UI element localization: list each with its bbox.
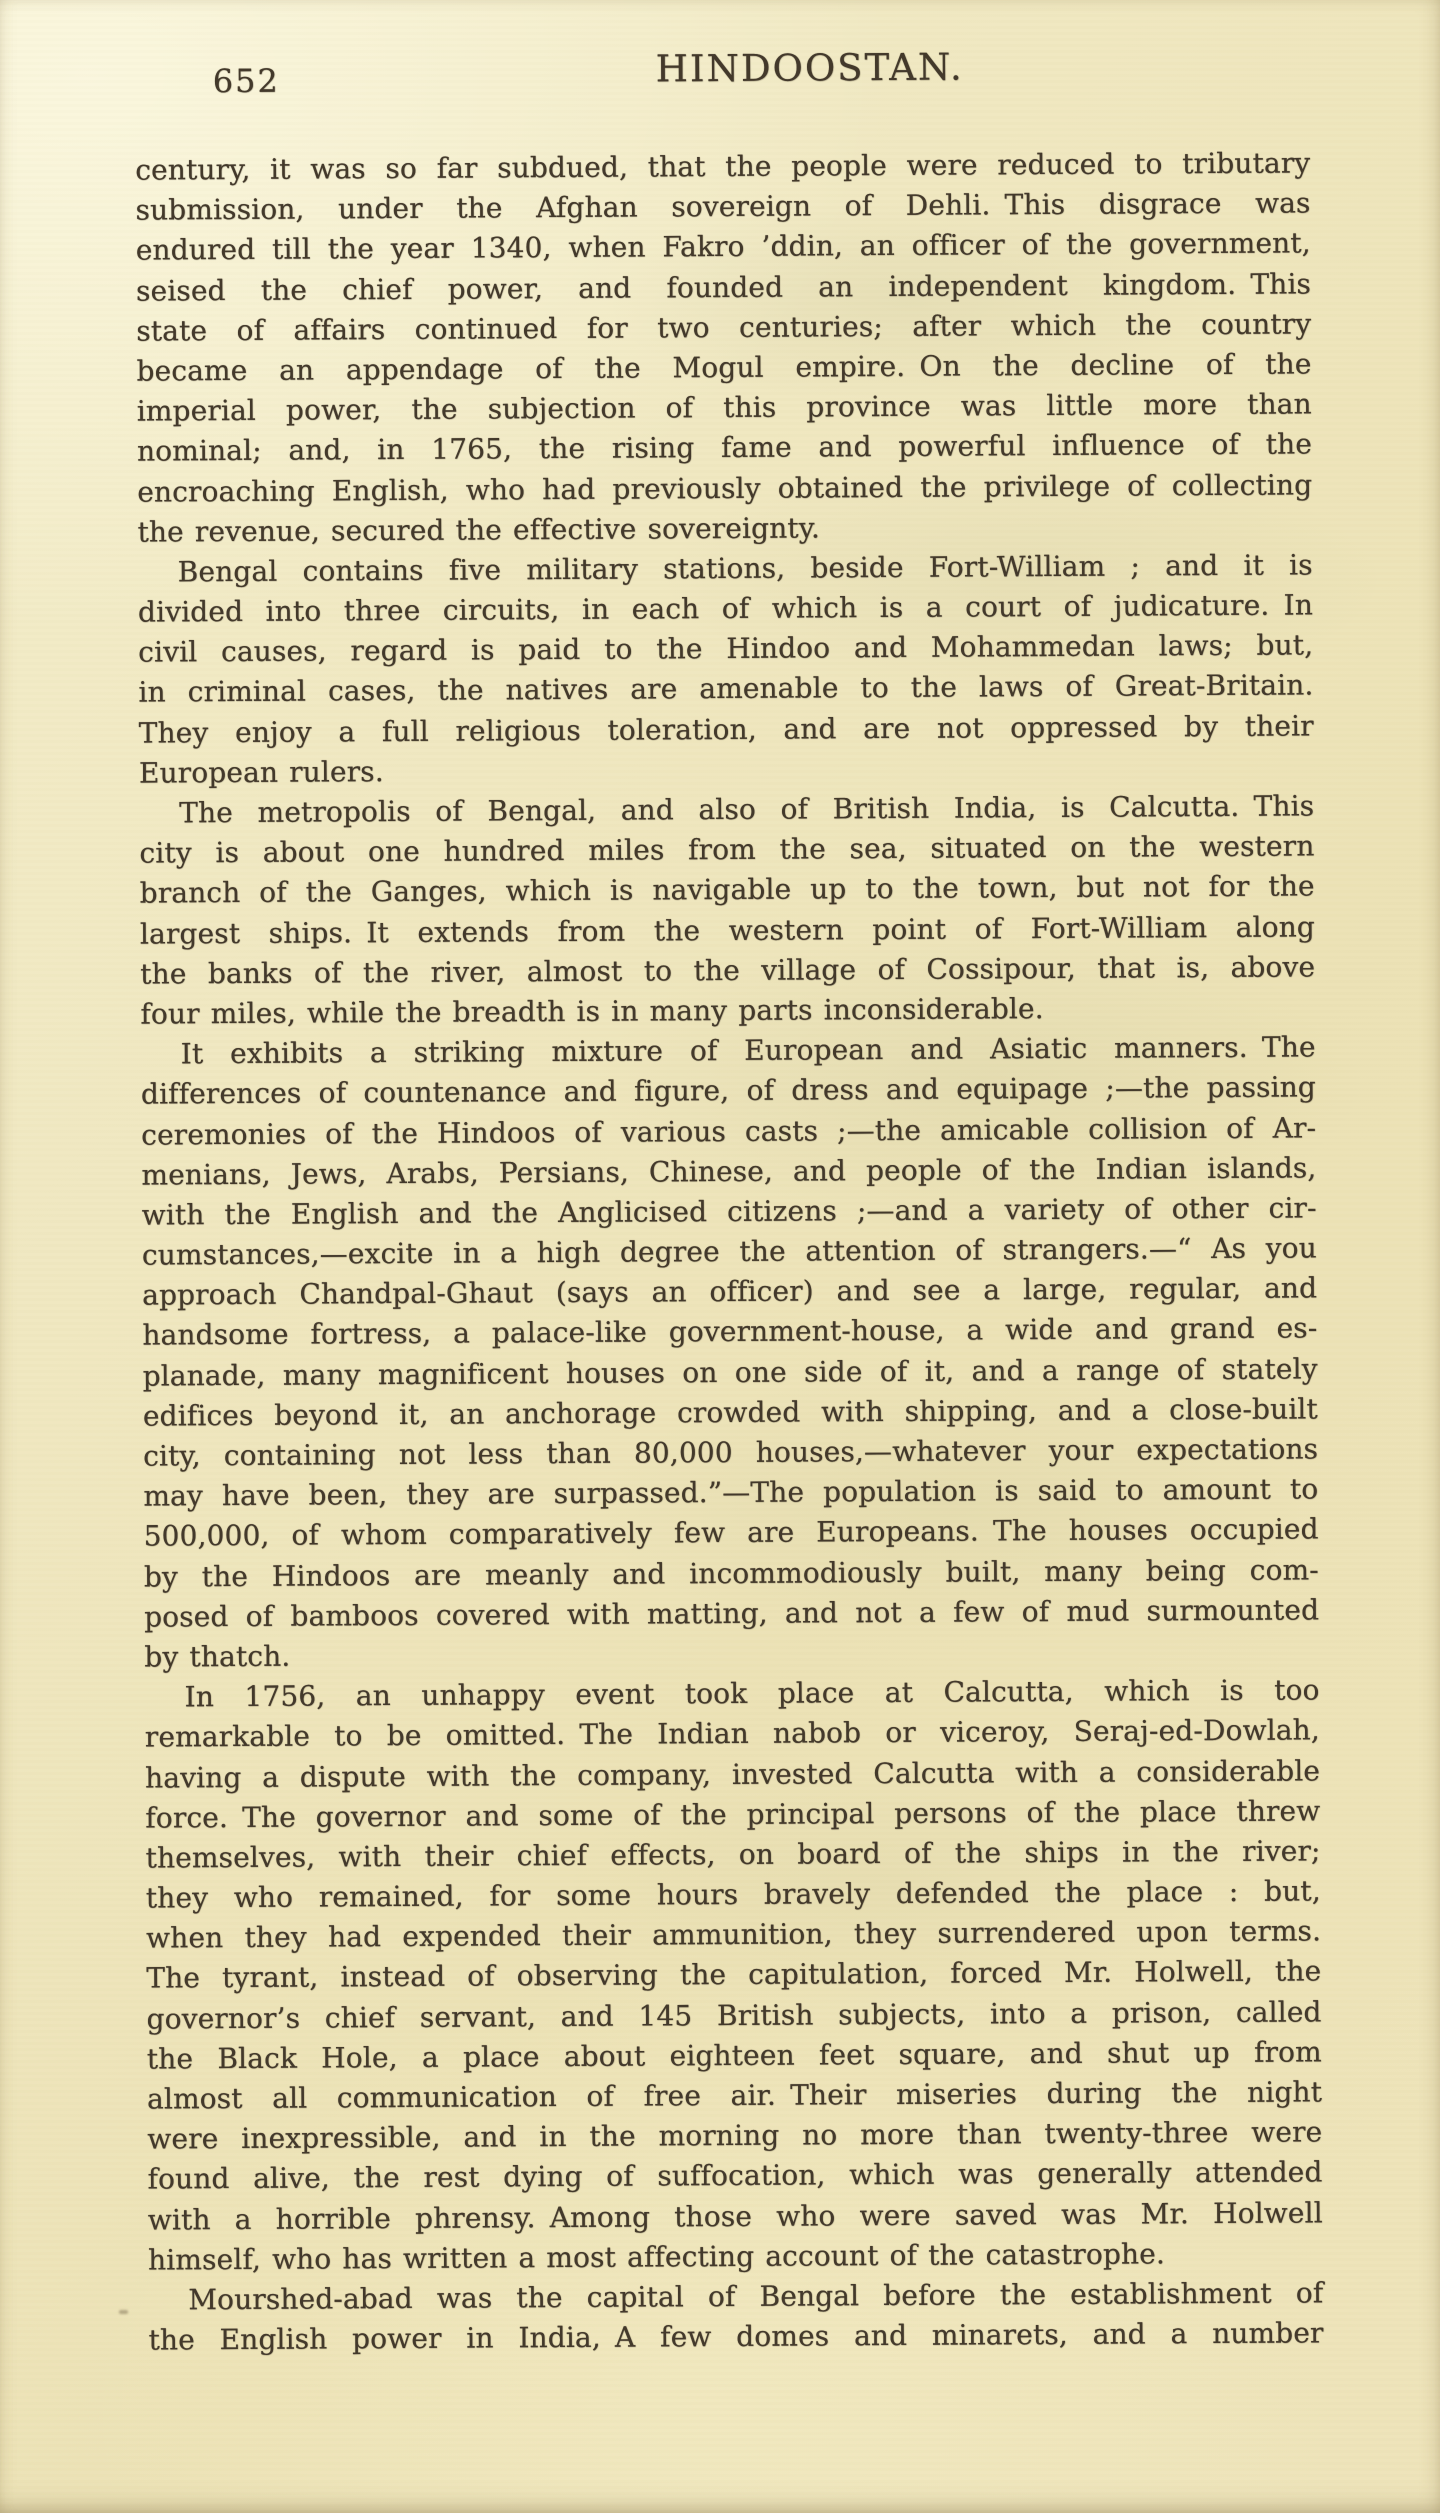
text-line: the banks of the river, almost to the vi… xyxy=(140,947,1315,994)
paragraph: century, it was so far subdued, that the… xyxy=(135,143,1312,552)
text-line: ceremonies of the Hindoos of various cas… xyxy=(141,1108,1316,1155)
text-line: Mourshed-abad was the capital of Bengal … xyxy=(148,2273,1323,2320)
text-line: remarkable to be omitted. The Indian nab… xyxy=(145,1711,1320,1758)
text-line: became an appendage of the Mogul empire.… xyxy=(136,344,1311,391)
text-body: century, it was so far subdued, that the… xyxy=(135,143,1323,2360)
text-line: they who remained, for some hours bravel… xyxy=(146,1871,1321,1918)
ink-speck xyxy=(119,2310,128,2314)
paragraph: In 1756, an unhappy event took place at … xyxy=(145,1671,1324,2281)
text-line: were inexpressible, and in the morning n… xyxy=(147,2113,1322,2160)
text-line: encroaching English, who had previously … xyxy=(137,465,1312,512)
text-line: when they had expended their ammunition,… xyxy=(146,1912,1321,1959)
text-line: nominal; and, in 1765, the rising fame a… xyxy=(137,425,1312,472)
paragraph: Mourshed-abad was the capital of Bengal … xyxy=(148,2273,1323,2361)
text-line: the English power in India, A few domes … xyxy=(148,2313,1323,2360)
text-line: almost all communication of free air. Th… xyxy=(147,2072,1322,2119)
text-line: The tyrant, instead of observing the cap… xyxy=(146,1952,1321,1999)
text-line: menians, Jews, Arabs, Persians, Chinese,… xyxy=(141,1148,1316,1195)
text-line: the Black Hole, a place about eighteen f… xyxy=(147,2032,1322,2079)
text-line: branch of the Ganges, which is navigable… xyxy=(140,867,1315,914)
text-line: the revenue, secured the effective sover… xyxy=(137,505,1312,552)
text-line: civil causes, regard is paid to the Hind… xyxy=(138,626,1313,673)
text-line: They enjoy a full religious toleration, … xyxy=(139,706,1314,753)
text-line: seised the chief power, and founded an i… xyxy=(136,264,1311,311)
text-line: planade, many magnificent houses on one … xyxy=(143,1349,1318,1396)
text-line: four miles, while the breadth is in many… xyxy=(140,987,1315,1034)
text-line: submission, under the Afghan sovereign o… xyxy=(135,184,1310,231)
text-line: with the English and the Anglicised citi… xyxy=(142,1188,1317,1235)
text-line: in criminal cases, the natives are amena… xyxy=(138,666,1313,713)
text-line: cumstances,—excite in a high degree the … xyxy=(142,1228,1317,1275)
text-line: themselves, with their chief effects, on… xyxy=(145,1831,1320,1878)
text-line: with a horrible phrensy. Among those who… xyxy=(148,2193,1323,2240)
text-line: edifices beyond it, an anchorage crowded… xyxy=(143,1389,1318,1436)
page-number: 652 xyxy=(213,65,280,97)
text-line: force. The governor and some of the prin… xyxy=(145,1791,1320,1838)
text-line: It exhibits a striking mixture of Europe… xyxy=(141,1028,1316,1075)
text-line: handsome fortress, a palace-like governm… xyxy=(142,1309,1317,1356)
text-line: differences of countenance and figure, o… xyxy=(141,1068,1316,1115)
text-line: city, containing not less than 80,000 ho… xyxy=(143,1429,1318,1476)
text-line: endured till the year 1340, when Fakro ’… xyxy=(136,224,1311,271)
text-line: century, it was so far subdued, that the… xyxy=(135,143,1310,190)
page-header: 652 HINDOOSTAN. xyxy=(134,0,1310,151)
text-line: divided into three circuits, in each of … xyxy=(138,585,1313,632)
text-line: approach Chandpal-Ghaut (says an officer… xyxy=(142,1269,1317,1316)
running-title: HINDOOSTAN. xyxy=(656,49,964,89)
text-line: himself, who has written a most affectin… xyxy=(148,2233,1323,2280)
paragraph: The metropolis of Bengal, and also of Br… xyxy=(139,786,1315,1034)
text-line: European rulers. xyxy=(139,746,1314,793)
paragraph: It exhibits a striking mixture of Europe… xyxy=(141,1028,1320,1678)
text-line: largest ships. It extends from the weste… xyxy=(140,907,1315,954)
text-line: may have been, they are surpassed.”—The … xyxy=(143,1470,1318,1517)
text-line: 500,000, of whom comparatively few are E… xyxy=(144,1510,1319,1557)
text-line: state of affairs continued for two centu… xyxy=(136,304,1311,351)
text-line: having a dispute with the company, inves… xyxy=(145,1751,1320,1798)
text-line: Bengal contains five military stations, … xyxy=(138,545,1313,592)
text-line: by the Hindoos are meanly and incommodio… xyxy=(144,1550,1319,1597)
scanned-book-page: 652 HINDOOSTAN. century, it was so far s… xyxy=(0,0,1440,2513)
text-line: found alive, the rest dying of suffocati… xyxy=(147,2153,1322,2200)
page-content: 652 HINDOOSTAN. century, it was so far s… xyxy=(134,0,1323,2361)
text-line: governor’s chief servant, and 145 Britis… xyxy=(146,1992,1321,2039)
paragraph: Bengal contains five military stations, … xyxy=(138,545,1314,793)
text-line: posed of bamboos covered with matting, a… xyxy=(144,1590,1319,1637)
text-line: The metropolis of Bengal, and also of Br… xyxy=(139,786,1314,833)
text-line: imperial power, the subjection of this p… xyxy=(137,385,1312,432)
